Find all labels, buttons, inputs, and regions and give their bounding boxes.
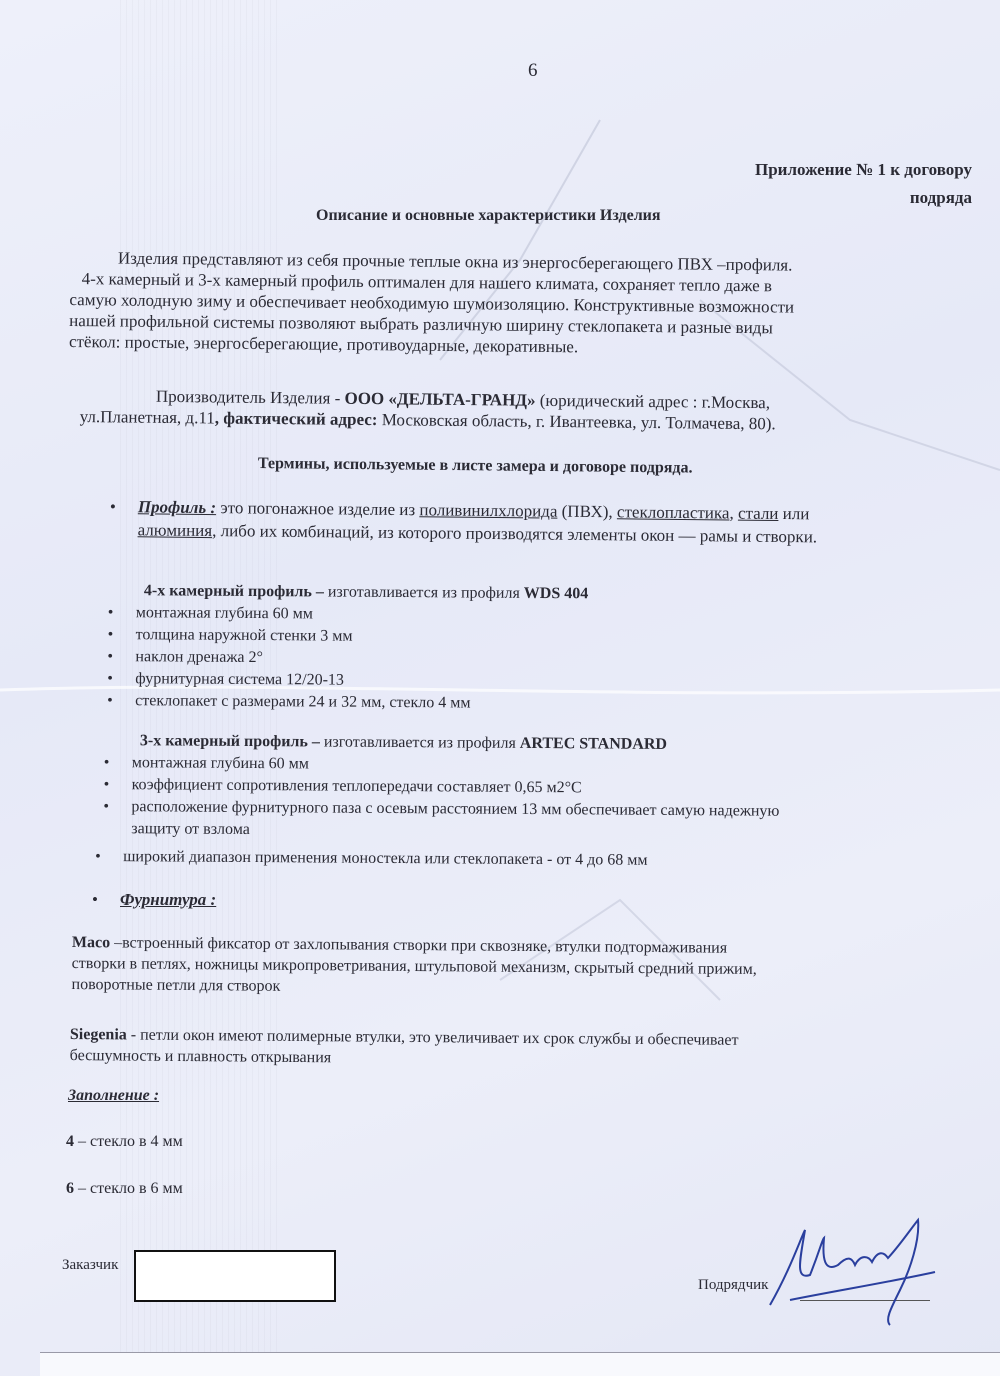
profile3-heading: 3-х камерный профиль – bbox=[140, 732, 320, 750]
filling-code: 4 bbox=[66, 1133, 74, 1150]
profile-text: , либо их комбинаций, из которого произв… bbox=[212, 521, 817, 546]
producer-paragraph: Производитель Изделия - ООО «ДЕЛЬТА-ГРАН… bbox=[80, 385, 776, 434]
terms-title: Термины, используемые в листе замера и д… bbox=[258, 455, 693, 478]
document-title: Описание и основные характеристики Издел… bbox=[316, 207, 661, 225]
producer-street: ул.Планетная, д.11 bbox=[80, 407, 215, 427]
bullet-icon: • bbox=[107, 668, 135, 690]
page-number: 6 bbox=[528, 60, 538, 82]
profile-text: это погонажное изделие из bbox=[216, 498, 419, 519]
list-item-text: расположение фурнитурного паза с осевым … bbox=[131, 798, 779, 820]
list-item-text: широкий диапазон применения моностекла и… bbox=[123, 848, 648, 869]
appendix-line2: подряда bbox=[755, 184, 972, 212]
profile-definition: •Профиль : это погонажное изделие из пол… bbox=[110, 495, 818, 548]
intro-paragraph: Изделия представляют из себя прочные теп… bbox=[69, 247, 970, 361]
bullet-icon: • bbox=[108, 602, 136, 624]
profile4-heading: 4-х камерный профиль – bbox=[144, 582, 324, 600]
filling-item: 6 – стекло в 6 мм bbox=[66, 1180, 183, 1198]
producer-actual-label: , фактический адрес: bbox=[215, 408, 378, 429]
profile3-model: ARTEC STANDARD bbox=[520, 735, 667, 753]
producer-legal: (юридический адрес : г.Москва, bbox=[535, 391, 770, 412]
contractor-signature bbox=[760, 1210, 960, 1330]
list-item-text: стеклопакет с размерами 24 и 32 мм, стек… bbox=[135, 692, 471, 711]
producer-actual-address: Московская область, г. Ивантеевка, ул. Т… bbox=[377, 410, 775, 433]
profile4-model: WDS 404 bbox=[524, 585, 589, 602]
bullet-icon: • bbox=[107, 646, 135, 668]
producer-prefix: Производитель Изделия - bbox=[156, 387, 345, 408]
profile3-section: 3-х камерный профиль – изготавливается и… bbox=[103, 730, 780, 873]
redacted-customer-box bbox=[134, 1250, 336, 1302]
bullet-icon: • bbox=[104, 752, 132, 774]
filling-text: – стекло в 6 мм bbox=[74, 1180, 183, 1197]
producer-company: ООО «ДЕЛЬТА-ГРАНД» bbox=[344, 389, 535, 410]
filling-title: Заполнение : bbox=[68, 1087, 159, 1105]
link-steel[interactable]: стали bbox=[738, 504, 779, 523]
bullet-icon: • bbox=[103, 796, 131, 818]
list-item-text: монтажная глубина 60 мм bbox=[132, 754, 309, 772]
siegenia-name: Siegenia bbox=[70, 1026, 127, 1043]
bullet-icon: • bbox=[104, 774, 132, 796]
list-item-text: коэффициент сопротивления теплопередачи … bbox=[132, 776, 582, 796]
profile4-heading-text: изготавливается из профиля bbox=[324, 584, 524, 602]
list-item-text: монтажная глубина 60 мм bbox=[136, 604, 313, 622]
appendix-line1: Приложение № 1 к договору bbox=[755, 156, 972, 184]
profile3-heading-text: изготавливается из профиля bbox=[320, 734, 520, 752]
bullet-icon: • bbox=[110, 495, 138, 518]
customer-label: Заказчик bbox=[62, 1257, 118, 1274]
profile-text: (ПВХ), bbox=[557, 502, 617, 522]
list-item: •стеклопакет с размерами 24 и 32 мм, сте… bbox=[107, 690, 588, 715]
list-item-text: фурнитурная система 12/20-13 bbox=[135, 670, 344, 688]
hardware-title: Фурнитура : bbox=[120, 890, 216, 909]
appendix-header: Приложение № 1 к договору подряда bbox=[755, 156, 972, 212]
link-fiberglass[interactable]: стеклопластика bbox=[617, 502, 730, 522]
filling-text: – стекло в 4 мм bbox=[74, 1133, 183, 1150]
profile-term: Профиль : bbox=[138, 497, 216, 517]
bullet-icon: • bbox=[95, 846, 123, 868]
filling-item: 4 – стекло в 4 мм bbox=[66, 1133, 183, 1151]
contractor-label: Подрядчик bbox=[698, 1277, 768, 1294]
list-item-text: наклон дренажа 2° bbox=[135, 648, 263, 666]
bullet-icon: • bbox=[108, 624, 136, 646]
bullet-icon: • bbox=[107, 690, 135, 712]
profile4-section: 4-х камерный профиль – изготавливается и… bbox=[107, 580, 588, 715]
link-pvc[interactable]: поливинилхлорида bbox=[419, 500, 557, 520]
siegenia-paragraph: Siegenia - петли окон имеют полимерные в… bbox=[70, 1024, 739, 1072]
maco-name: Maco bbox=[72, 934, 110, 951]
hardware-heading: •Фурнитура : bbox=[92, 890, 216, 910]
bullet-icon: • bbox=[92, 890, 120, 910]
filling-code: 6 bbox=[66, 1180, 74, 1197]
profile-text: или bbox=[778, 504, 809, 523]
paper-bottom-edge bbox=[40, 1352, 1000, 1376]
link-aluminium[interactable]: алюминия bbox=[138, 520, 213, 540]
maco-paragraph: Maco –встроенный фиксатор от захлопывани… bbox=[71, 932, 757, 1001]
list-item-text: толщина наружной стенки 3 мм bbox=[136, 626, 353, 645]
